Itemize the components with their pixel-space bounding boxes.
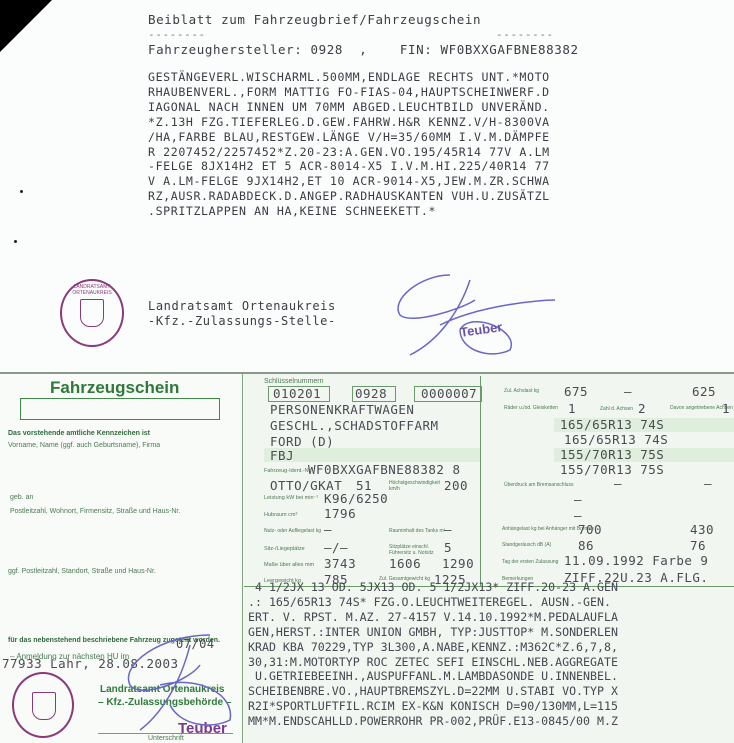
- folded-corner: [0, 0, 52, 52]
- coat-of-arms-icon: [32, 692, 56, 720]
- label: Sitzplätze einschl. Führersitz u. Notsit…: [389, 544, 439, 556]
- field-31-noise-driving: 76: [690, 538, 706, 553]
- label: Sitz-/Liegeplätze: [264, 546, 305, 552]
- field-9: –: [324, 522, 332, 537]
- field-2-manufacturer: FORD (D): [270, 434, 334, 449]
- field-29-trailer-unbraked: 430: [690, 522, 714, 537]
- label: Überdruck am Bremsanschluss: [504, 482, 573, 488]
- label: Zahl d. Achsen: [600, 406, 633, 412]
- schluessel-2: 0928: [355, 386, 387, 401]
- label: Zul. Achslast kg: [504, 388, 539, 394]
- fahrzeugschein-title: Fahrzeugschein: [50, 378, 179, 398]
- field-11: –/–: [324, 540, 348, 555]
- label: Höchstgeschwindigkeit km/h: [389, 480, 434, 492]
- label: Nutz- oder Aufliegelast kg: [264, 528, 321, 534]
- beiblatt-body: GESTÄNGEVERL.WISCHARML.500MM,ENDLAGE REC…: [148, 70, 550, 219]
- label: Rauminhalt des Tanks m³: [389, 528, 445, 534]
- label-geb: geb. an: [10, 494, 33, 501]
- field-4-vin: WF0BXXGAFBNE88382 8: [308, 462, 461, 477]
- label-standort: ggf. Postleitzahl, Standort, Straße und …: [8, 568, 156, 575]
- official-stamp: LANDRATSAMT ORTENAUKREIS: [60, 279, 124, 347]
- field-30-noise-standing: 86: [578, 538, 594, 553]
- label: Standgeräusch dB (A): [502, 542, 551, 548]
- field-23-tire-rear-alt: 155/70R13 75S: [560, 462, 664, 477]
- label: Fahrzeug-Ident.-Nr.: [264, 468, 312, 474]
- label: Leistung kW bei min⁻¹: [264, 495, 318, 501]
- field-13-width: 1606: [389, 556, 421, 571]
- field-26: –: [574, 492, 582, 507]
- label-kennzeichen: Das vorstehende amtliche Kennzeichen ist: [8, 430, 150, 437]
- dot: [20, 190, 23, 193]
- field-25: –: [704, 476, 712, 491]
- field-8-displacement: 1796: [324, 506, 356, 521]
- kennzeichen-box: [20, 398, 220, 420]
- label: Schlüsselnummern: [264, 378, 324, 385]
- field-6-speed: 200: [444, 478, 468, 493]
- schluessel-1: 010201: [273, 386, 321, 401]
- label: Räder u./od. Gleisketten: [504, 405, 558, 411]
- field-27: –: [574, 508, 582, 523]
- authority-name: Landratsamt Ortenaukreis -Kfz.-Zulassung…: [148, 299, 336, 329]
- field-3-model: FBJ: [270, 448, 294, 463]
- field-7-power: K96/6250: [324, 491, 388, 506]
- field-24: –: [614, 476, 622, 491]
- field-19-driven-axles: 1: [722, 401, 730, 416]
- divider: --------: [148, 28, 206, 41]
- field-10: –: [444, 522, 452, 537]
- label: Tag der ersten Zulassung: [502, 559, 558, 565]
- coat-of-arms-icon: [80, 299, 104, 327]
- field-18-axles: 2: [638, 401, 646, 416]
- field-1-body: GESCHL.,SCHADSTOFFARM: [270, 418, 439, 433]
- divider: --------: [496, 28, 554, 41]
- field-28-trailer-braked: 700: [578, 522, 602, 537]
- signature: [380, 270, 560, 360]
- label: Hubraum cm³: [264, 512, 297, 518]
- field-32-first-registration: 11.09.1992 Farbe 9: [564, 553, 708, 568]
- dot: [14, 240, 17, 243]
- field-13-height: 1290: [442, 556, 474, 571]
- field-21-tire-rear: 165/65R13 74S: [564, 432, 668, 447]
- manufacturer-fin-line: Fahrzeughersteller: 0928 , FIN: WF0BXXGA…: [148, 42, 579, 57]
- beiblatt-title: Beiblatt zum Fahrzeugbrief/Fahrzeugschei…: [148, 12, 481, 27]
- label-name: Vorname, Name (ggf. auch Geburtsname), F…: [8, 442, 160, 449]
- label-wohnort: Postleitzahl, Wohnort, Firmensitz, Straß…: [10, 508, 180, 515]
- field-1-type: PERSONENKRAFTWAGEN: [270, 402, 414, 417]
- field-20-tire-front: 165/65R13 74S: [560, 417, 664, 432]
- field-16-front-axle: 675: [564, 384, 588, 399]
- field-17: 1: [568, 401, 576, 416]
- field-16-rear-axle: 625: [692, 384, 716, 399]
- field-12-seats: 5: [444, 540, 452, 555]
- schluessel-3: 0000007: [421, 386, 477, 401]
- field-22-tire-front-alt: 155/70R13 75S: [560, 447, 664, 462]
- field-16-mid-axle: –: [624, 384, 632, 399]
- signature: [60, 625, 240, 735]
- label: Maße über alles mm: [264, 562, 314, 568]
- remarks-text: 4 1/2JX 13 OD. 5JX13 OD. 5 1/2JX13* ZIFF…: [248, 580, 618, 729]
- field-13-length: 3743: [324, 556, 356, 571]
